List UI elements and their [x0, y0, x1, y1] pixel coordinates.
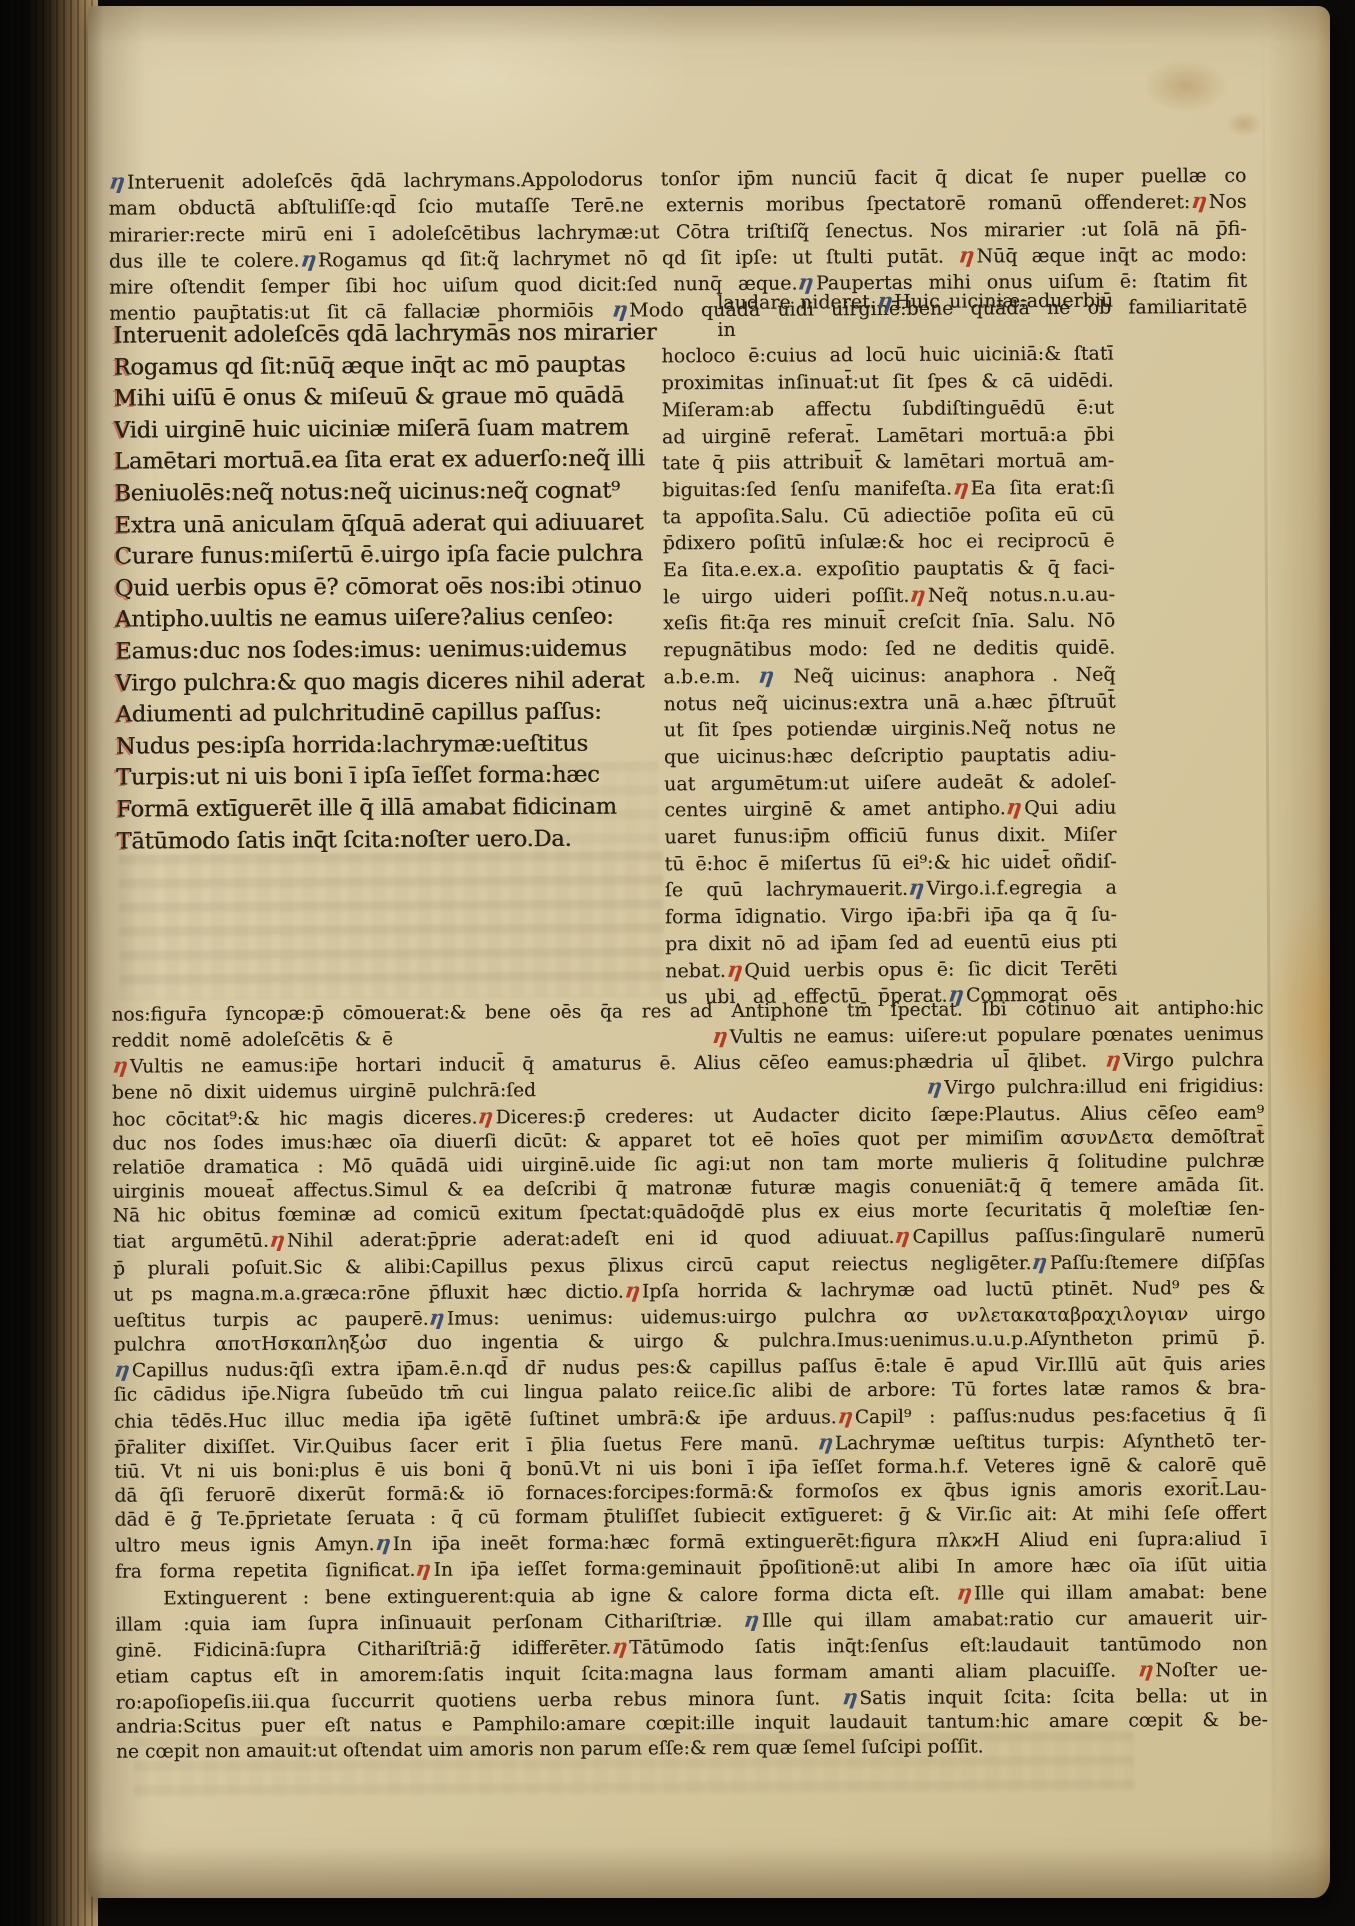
paragraph-mark-icon: η — [756, 663, 778, 690]
text-line: Mihi uiſū ē onus & miſeuū & graue mō quā… — [114, 380, 657, 415]
paragraph-mark-icon: η — [815, 1430, 836, 1454]
text-line: Lamētari mortuā.ea ſita erat ex aduerſo:… — [114, 444, 657, 479]
text-line: Vidi uirginē huic uiciniæ miſerā ſuam ma… — [114, 412, 657, 447]
paragraph-mark-icon: η — [414, 1557, 435, 1581]
text-line: forma īdignatio. Virgo ip̄a:br̄i ip̄a qa… — [665, 902, 1117, 931]
text-line: Antipho.uultis ne eamus uiſere?alius cen… — [115, 602, 658, 637]
text-line: pra dixit nō ad ip̄am ſed ad euentū eius… — [665, 928, 1117, 957]
text-line: tū ē:hoc ē miſertus ſū ei⁹:& hic uidet̄ … — [665, 848, 1117, 877]
text-line: Ea ſita.e.ex.a. expoſitio pauptatis & q̄… — [663, 555, 1115, 584]
paragraph-mark-icon: η — [906, 876, 928, 903]
text-line: Formā extīguerēt ille q̄ illā amabat fid… — [116, 791, 659, 826]
paragraph-mark-icon: η — [1189, 189, 1211, 215]
paragraph-mark-icon: η — [724, 957, 746, 984]
text-line: nebat.ηQuid uerbis opus ē: ſic dicit Ter… — [665, 955, 1117, 984]
paragraph-mark-icon: η — [908, 582, 930, 609]
paragraph-mark-icon: η — [835, 1404, 856, 1428]
ink-bleedthrough — [119, 851, 665, 999]
text-line: Nudus pes:ipſa horrida:lachrymæ:ueſtitus — [116, 728, 659, 763]
text-line: que uicinus:hæc deſcriptio pauptatis adi… — [664, 741, 1116, 770]
text-line: Extra unā aniculam q̄ſquā aderat qui adi… — [114, 507, 657, 542]
paragraph-mark-icon: η — [110, 1054, 131, 1078]
text-line: Virgo pulchra:& quo magis diceres nihil … — [115, 665, 658, 700]
terence-verse-column: Interuenit adoleſcēs qdā lachrymās nos m… — [113, 317, 659, 857]
paragraph-mark-icon: η — [1030, 1249, 1051, 1273]
text-line: uat argumētum:ut uiſere audeāt & adoleſ- — [664, 768, 1116, 797]
paragraph-mark-icon: η — [893, 1224, 914, 1248]
paragraph-mark-icon: η — [609, 1634, 630, 1658]
paragraph-mark-icon: η — [1103, 1048, 1124, 1072]
text-line: Quid uerbis opus ē? cōmorat oēs nos:ibi … — [115, 570, 658, 605]
paragraph-mark-icon: η — [298, 247, 320, 273]
text-line: p̄dixero poſitū inſulæ:& hoc ei reciproc… — [663, 528, 1115, 557]
text-line: biguitas:ſed ſenſu manifeſta.ηEa ſita er… — [662, 474, 1114, 503]
text-line: centes uirginē & amet antipho.ηQui adiu — [664, 795, 1116, 824]
paragraph-mark-icon: η — [954, 1580, 975, 1604]
text-line: ut ſit ſpes potiendæ uirginis.Neq̃ notus… — [664, 715, 1116, 744]
text-line: proximitas inſinuat̄:ut ſit ſpes & cā ui… — [662, 368, 1114, 397]
text-line: Beniuolēs:neq̃ notus:neq̃ uicinus:neq̃ c… — [114, 475, 657, 510]
text-line: uaret funus:ip̄m officiū funus dixit. Mi… — [664, 822, 1116, 851]
paragraph-mark-icon: η — [710, 1024, 731, 1048]
text-line: Tātūmodo ſatis inq̄t ſcita:noſter uero.D… — [116, 823, 659, 858]
text-line: hocloco ē:cuius ad locū huic uiciniā:& ſ… — [661, 341, 1113, 370]
text-line: Miſeram:ab affectu ſubdiſtinguēdū ē:ut — [662, 394, 1114, 423]
text-line: notus neq̃ uicinus:extra unā a.hæc p̄ſtr… — [664, 688, 1116, 717]
paragraph-mark-icon: η — [112, 1358, 133, 1382]
text-line: Adiumenti ad pulchritudinē capillus paſſ… — [116, 696, 659, 731]
paragraph-mark-icon: η — [956, 243, 978, 269]
paragraph-mark-icon: η — [107, 170, 129, 196]
text-line: Eamus:duc nos ſodes:imus: uenimus:uidemu… — [115, 633, 658, 668]
text-line: laudare nideret.ηHuic uiciniæ:aduerbiū i… — [661, 288, 1113, 344]
lower-commentary-block: nos:figur̄a ſyncopæ:p̄ cōmouerat:& bene … — [111, 997, 1268, 1765]
paragraph-mark-icon: η — [1004, 795, 1026, 822]
text-line: le uirgo uideri poſſit.ηNeq̃ notus.n.u.a… — [663, 581, 1115, 610]
book-gutter — [0, 0, 98, 1926]
paragraph-mark-icon: η — [373, 1531, 394, 1555]
paragraph-mark-icon: η — [924, 1075, 945, 1099]
text-line: a.b.e.m. η Neq̃ uicinus: anaphora . Neq̃ — [663, 661, 1115, 690]
text-line: Curare funus:miſertū ē.uirgo ipſa facie … — [115, 538, 658, 573]
commentary-column: laudare nideret.ηHuic uiciniæ:aduerbiū i… — [661, 288, 1117, 1012]
paragraph-mark-icon: η — [622, 1278, 643, 1302]
paragraph-mark-icon: η — [742, 1607, 763, 1631]
paragraph-mark-icon: η — [840, 1685, 861, 1709]
paragraph-mark-icon: η — [427, 1305, 448, 1329]
text-line: Rogamus qd ſit:nūq̄ æque inq̄t ac mō pau… — [113, 349, 656, 384]
text-line: repugnātibus modo: ſed ne deditis quidē. — [663, 635, 1115, 664]
text-line: ad uirginē referat̄. Lamētari mortuā:a p… — [662, 421, 1114, 450]
text-line: tate q̄ piis attribuit̄ & lamētari mortu… — [662, 448, 1114, 477]
page-content: ηInteruenit adoleſcēs q̄dā lachrymans.Ap… — [83, 2, 1337, 1902]
text-line: Turpis:ut ni uis boni ī ipſa īeſſet form… — [116, 760, 659, 795]
paragraph-mark-icon: η — [874, 289, 896, 316]
text-line: xeſis fit:q̄a res minuit̄ creſcit ſnīa. … — [663, 608, 1115, 637]
text-line: ſe quū lachrymauerit.ηVirgo.i.f.egregia … — [665, 875, 1117, 904]
text-line: ta appoſita.Salu. Cū adiectiōe poſita eū… — [662, 501, 1114, 530]
paragraph-mark-icon: η — [267, 1228, 288, 1252]
text-line: Interuenit adoleſcēs qdā lachrymās nos m… — [113, 317, 656, 352]
paragraph-mark-icon: η — [476, 1104, 497, 1128]
paragraph-mark-icon: η — [1136, 1657, 1157, 1681]
paragraph-mark-icon: η — [950, 475, 972, 502]
book-photo: ηInteruenit adoleſcēs q̄dā lachrymans.Ap… — [0, 0, 1355, 1926]
